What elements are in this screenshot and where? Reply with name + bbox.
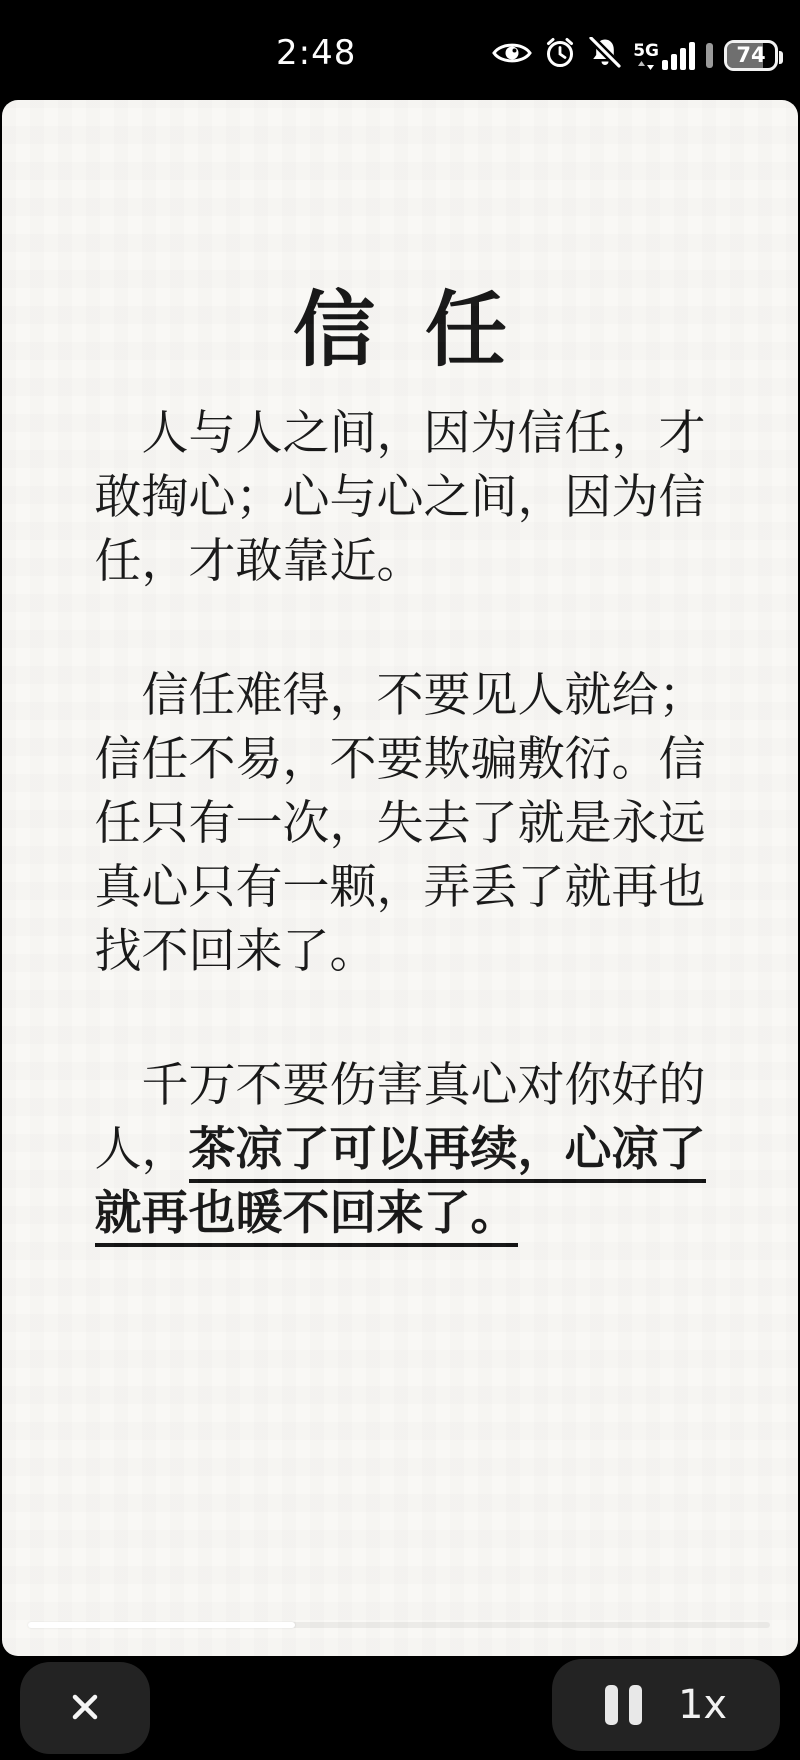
eye-protection-icon — [492, 39, 532, 71]
paragraph-1: 人与人之间，因为信任，才敢掏心；心与心之间，因为信任，才敢靠近。 — [95, 402, 706, 594]
playback-button[interactable]: 1x — [552, 1659, 780, 1751]
notifications-muted-icon — [588, 37, 622, 73]
network-type-label: 5G — [633, 43, 659, 60]
progress-fill — [28, 1622, 295, 1628]
progress-bar[interactable] — [28, 1622, 770, 1628]
data-activity-arrows — [638, 61, 654, 70]
article-title: 信 任 — [2, 290, 798, 372]
status-bar: 2:48 — [0, 0, 800, 100]
player-controls: 1x — [0, 1656, 800, 1760]
battery-nub — [779, 51, 783, 64]
paragraph-3: 千万不要伤害真心对你好的人，茶凉了可以再续，心凉了就再也暖不回来了。 — [95, 1054, 706, 1246]
battery-icon: 74 — [724, 40, 778, 71]
battery-level: 74 — [727, 43, 775, 68]
speed-label[interactable]: 1x — [678, 1682, 727, 1728]
signal-5g-icon: 5G — [633, 41, 695, 70]
sim-signal-icon — [706, 43, 713, 68]
paragraph-2: 信任难得，不要见人就给；信任不易，不要欺骗敷衍。信任只有一次，失去了就是永远真心… — [95, 664, 706, 984]
status-icons: 5G 74 — [492, 36, 778, 74]
content-card[interactable]: 信 任 人与人之间，因为信任，才敢掏心；心与心之间，因为信任，才敢靠近。 信任难… — [2, 100, 798, 1656]
pause-icon[interactable] — [605, 1685, 642, 1725]
status-time: 2:48 — [276, 33, 356, 73]
alarm-icon — [543, 36, 577, 74]
close-icon — [63, 1685, 107, 1732]
close-button[interactable] — [20, 1662, 150, 1754]
